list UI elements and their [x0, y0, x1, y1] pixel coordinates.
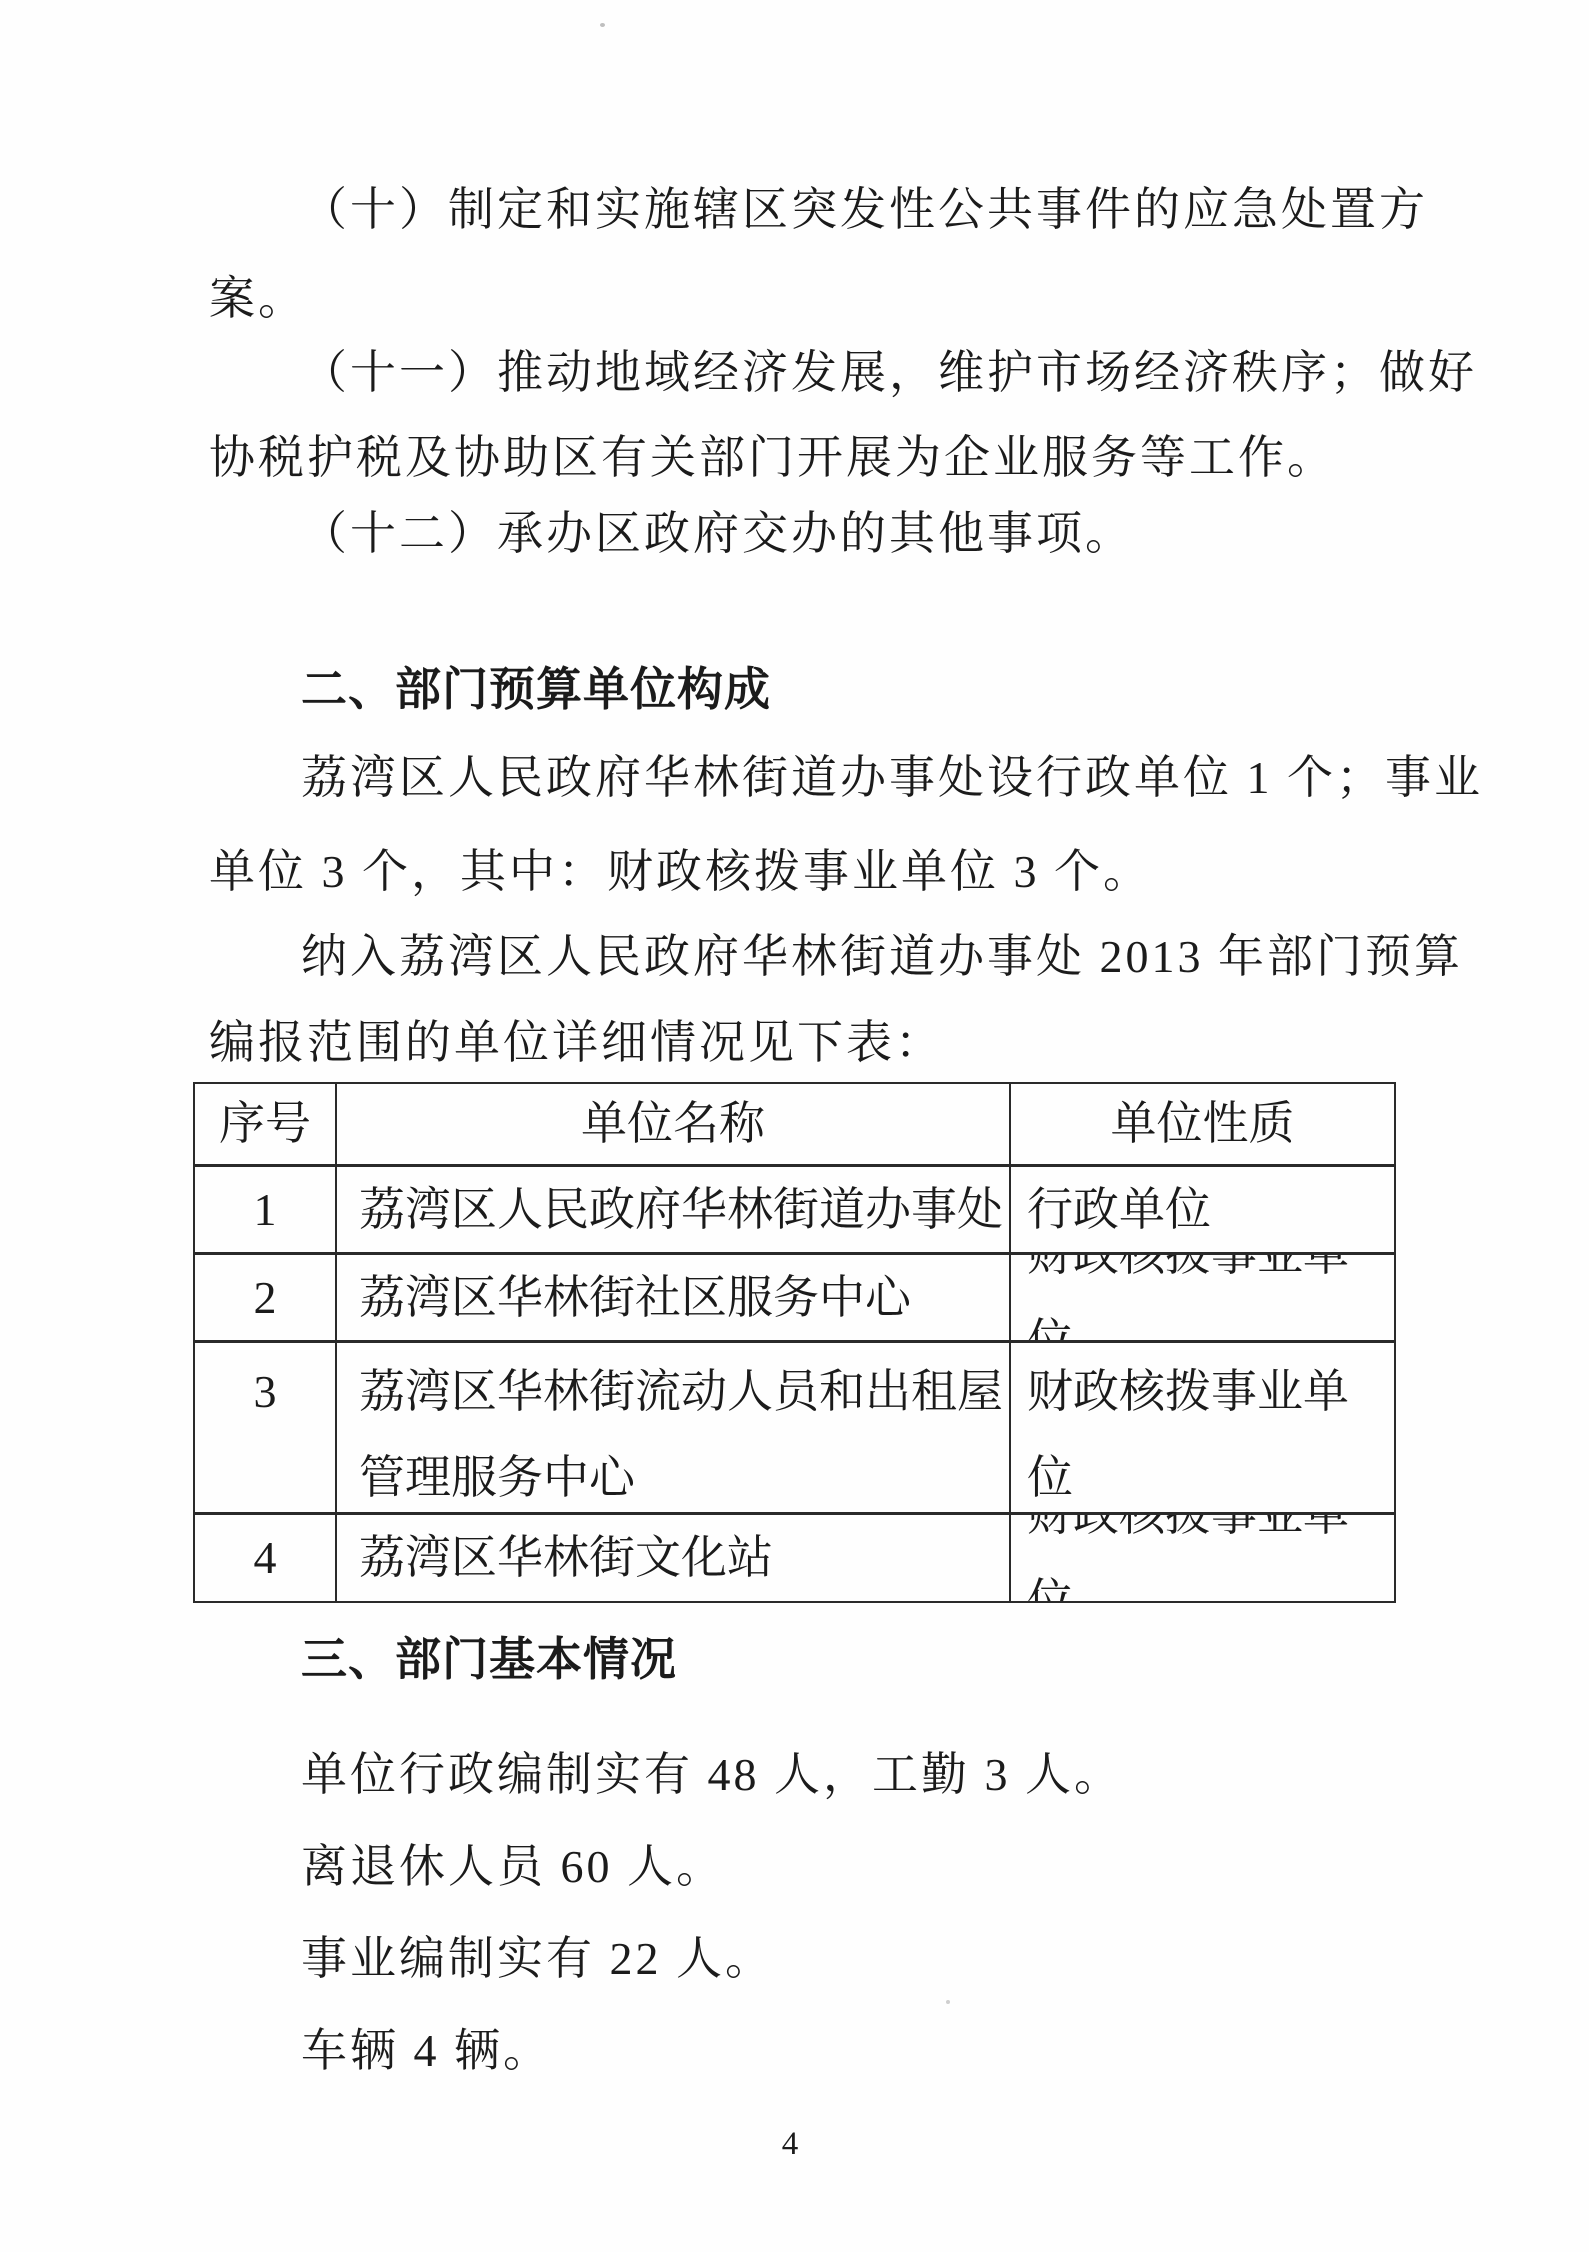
section-3-line-3: 事业编制实有 22 人。: [209, 1933, 774, 1986]
unit-name-text: 荔湾区华林街文化站: [359, 1515, 1009, 1601]
cell-unit-type: 财政核拨事业单位: [1011, 1343, 1394, 1512]
section-2-para-1-line-2: 单位 3 个，其中：财政核拨事业单位 3 个。: [209, 846, 1152, 899]
section-2-heading: 二、部门预算单位构成: [209, 664, 771, 717]
clause-10-line-1: （十）制定和实施辖区突发性公共事件的应急处置方: [209, 184, 1428, 237]
table-row: 3 荔湾区华林街流动人员和出租屋管理服务中心 财政核拨事业单位: [195, 1343, 1394, 1515]
cell-seq: 1: [195, 1167, 337, 1252]
unit-name-text: 管理服务中心: [359, 1435, 1009, 1512]
section-2-para-2-line-2: 编报范围的单位详细情况见下表：: [209, 1017, 944, 1070]
clause-10-line-2: 案。: [209, 273, 307, 326]
section-3-heading: 三、部门基本情况: [209, 1634, 677, 1687]
scan-speck: [946, 2000, 950, 2004]
cell-unit-name: 荔湾区华林街社区服务中心: [337, 1255, 1011, 1340]
clause-12-line: （十二）承办区政府交办的其他事项。: [209, 508, 1134, 561]
cell-unit-type: 财政核拨事业单位: [1011, 1255, 1394, 1340]
budget-units-table: 序号 单位名称 单位性质 1 荔湾区人民政府华林街道办事处 行政单位 2 荔湾区…: [193, 1082, 1396, 1603]
table-header-row: 序号 单位名称 单位性质: [195, 1084, 1394, 1167]
cell-seq: 3: [195, 1343, 337, 1512]
clause-11-line-2: 协税护税及协助区有关部门开展为企业服务等工作。: [209, 432, 1336, 485]
header-cell-unit-name: 单位名称: [337, 1084, 1011, 1164]
unit-name-text: 荔湾区华林街流动人员和出租屋: [359, 1349, 1009, 1435]
header-cell-seq: 序号: [195, 1084, 337, 1164]
document-page: （十）制定和实施辖区突发性公共事件的应急处置方 案。 （十一）推动地域经济发展，…: [0, 0, 1589, 2252]
table-row: 1 荔湾区人民政府华林街道办事处 行政单位: [195, 1167, 1394, 1255]
clause-11-line-1: （十一）推动地域经济发展，维护市场经济秩序；做好: [209, 347, 1477, 400]
cell-unit-name: 荔湾区华林街文化站: [337, 1515, 1011, 1601]
unit-name-text: 荔湾区人民政府华林街道办事处: [359, 1167, 1009, 1252]
section-3-line-4: 车辆 4 辆。: [209, 2025, 552, 2078]
cell-unit-name: 荔湾区人民政府华林街道办事处: [337, 1167, 1011, 1252]
cell-unit-type: 财政核拨事业单位: [1011, 1515, 1394, 1601]
cell-seq: 2: [195, 1255, 337, 1340]
scan-speck: [600, 23, 605, 27]
page-number: 4: [760, 2126, 820, 2163]
table-row: 4 荔湾区华林街文化站 财政核拨事业单位: [195, 1515, 1394, 1601]
section-3-line-1: 单位行政编制实有 48 人，工勤 3 人。: [209, 1749, 1123, 1802]
unit-name-text: 荔湾区华林街社区服务中心: [359, 1255, 1009, 1340]
section-3-line-2: 离退休人员 60 人。: [209, 1841, 725, 1894]
section-2-para-2-line-1: 纳入荔湾区人民政府华林街道办事处 2013 年部门预算: [209, 931, 1463, 984]
cell-unit-name: 荔湾区华林街流动人员和出租屋管理服务中心: [337, 1343, 1011, 1512]
cell-seq: 4: [195, 1515, 337, 1601]
section-2-para-1-line-1: 荔湾区人民政府华林街道办事处设行政单位 1 个；事业: [209, 752, 1483, 805]
cell-unit-type: 行政单位: [1011, 1167, 1394, 1252]
header-cell-unit-type: 单位性质: [1011, 1084, 1394, 1164]
table-row: 2 荔湾区华林街社区服务中心 财政核拨事业单位: [195, 1255, 1394, 1343]
